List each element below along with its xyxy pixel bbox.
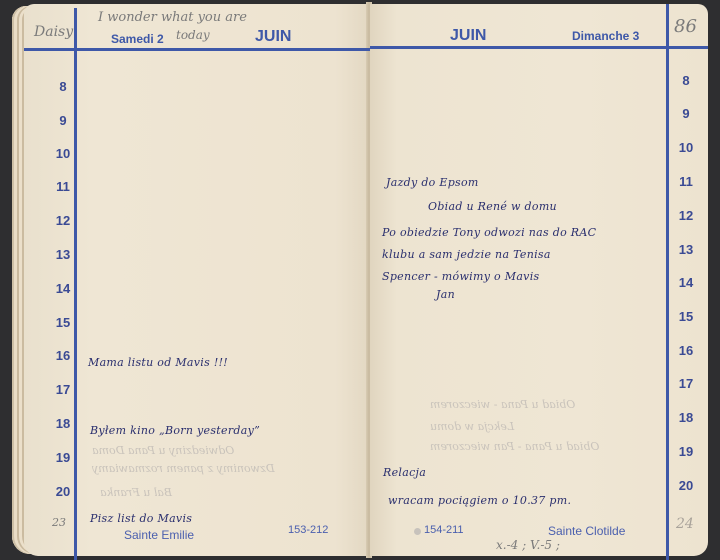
hour-label: 20 — [48, 484, 78, 499]
hour-label: 12 — [48, 213, 78, 228]
hour-label: 16 — [48, 348, 78, 363]
entry-18: Byłem kino „Born yesterday” — [90, 424, 260, 437]
hour-label: 18 — [48, 416, 78, 431]
pencil-header-line2: today — [176, 28, 210, 42]
show-through-text: Obiad u Pana - wieczorem — [430, 398, 575, 411]
hour-label: 19 — [671, 444, 701, 459]
right-margin-rule — [666, 4, 669, 560]
hour-label: 15 — [48, 315, 78, 330]
show-through-text: Bal u Franka — [100, 486, 172, 499]
pencil-footer: x.-4 ; V.-5 ; — [496, 538, 560, 552]
left-day-count: 153-212 — [288, 524, 328, 536]
right-header-rule — [370, 46, 708, 49]
hour-label: 15 — [671, 309, 701, 324]
pencil-header-line: I wonder what you are — [98, 10, 247, 25]
hour-label: 9 — [671, 106, 701, 121]
entry-11b: Obiad u René w domu — [428, 200, 557, 213]
pencil-corner: 24 — [676, 516, 694, 532]
hour-label: 17 — [48, 382, 78, 397]
left-saint: Sainte Emilie — [124, 528, 194, 542]
right-day-count: 154-211 — [424, 524, 464, 536]
hour-label: 11 — [671, 174, 701, 189]
entry-11: Jazdy do Epsom — [386, 176, 479, 189]
hour-label: 14 — [671, 275, 701, 290]
entry-13b: Spencer - mówimy o Mavis — [382, 270, 539, 283]
hour-label: 10 — [48, 146, 78, 161]
entry-13: klubu a sam jedzie na Tenisa — [382, 248, 551, 261]
hour-label: 13 — [48, 247, 78, 262]
hour-label: 11 — [48, 179, 78, 194]
right-day-label: Dimanche 3 — [572, 29, 639, 43]
pencil-header-left: Daisy — [34, 24, 73, 40]
entry-16: Mama listu od Mavis !!! — [88, 356, 228, 369]
hour-label: 20 — [671, 478, 701, 493]
page-number: 86 — [674, 16, 697, 37]
right-saint: Sainte Clotilde — [548, 524, 625, 538]
show-through-text: Obiad u Pana - Pan wieczorem — [430, 440, 599, 453]
show-through-text: Odwiedziny u Pana Doma — [92, 444, 234, 457]
hour-label: 17 — [671, 376, 701, 391]
hour-label: 19 — [48, 450, 78, 465]
open-diary: Daisy I wonder what you are today Samedi… — [0, 0, 720, 560]
pencil-hour-23: 23 — [52, 516, 66, 529]
hour-label: 13 — [671, 242, 701, 257]
show-through-text: Lekcja w domu — [430, 420, 514, 433]
hour-label: 10 — [671, 140, 701, 155]
entry-23: Pisz list do Mavis — [90, 512, 192, 525]
entry-12: Po obiedzie Tony odwozi nas do RAC — [382, 226, 596, 239]
left-day-label: Samedi 2 — [111, 32, 164, 46]
right-month: JUIN — [450, 27, 486, 45]
hour-label: 8 — [671, 73, 701, 88]
hour-label: 9 — [48, 113, 78, 128]
entry-14: Jan — [436, 288, 455, 301]
entry-19: Relacja — [383, 466, 426, 479]
show-through-text: Dzwonimy z panem rozmawiamy — [92, 462, 275, 475]
hour-label: 12 — [671, 208, 701, 223]
hour-label: 14 — [48, 281, 78, 296]
hour-label: 16 — [671, 343, 701, 358]
dot-marker — [414, 528, 421, 535]
hour-label: 8 — [48, 79, 78, 94]
entry-20: wracam pociągiem o 10.37 pm. — [388, 494, 571, 507]
left-month: JUIN — [255, 28, 291, 46]
hour-label: 18 — [671, 410, 701, 425]
